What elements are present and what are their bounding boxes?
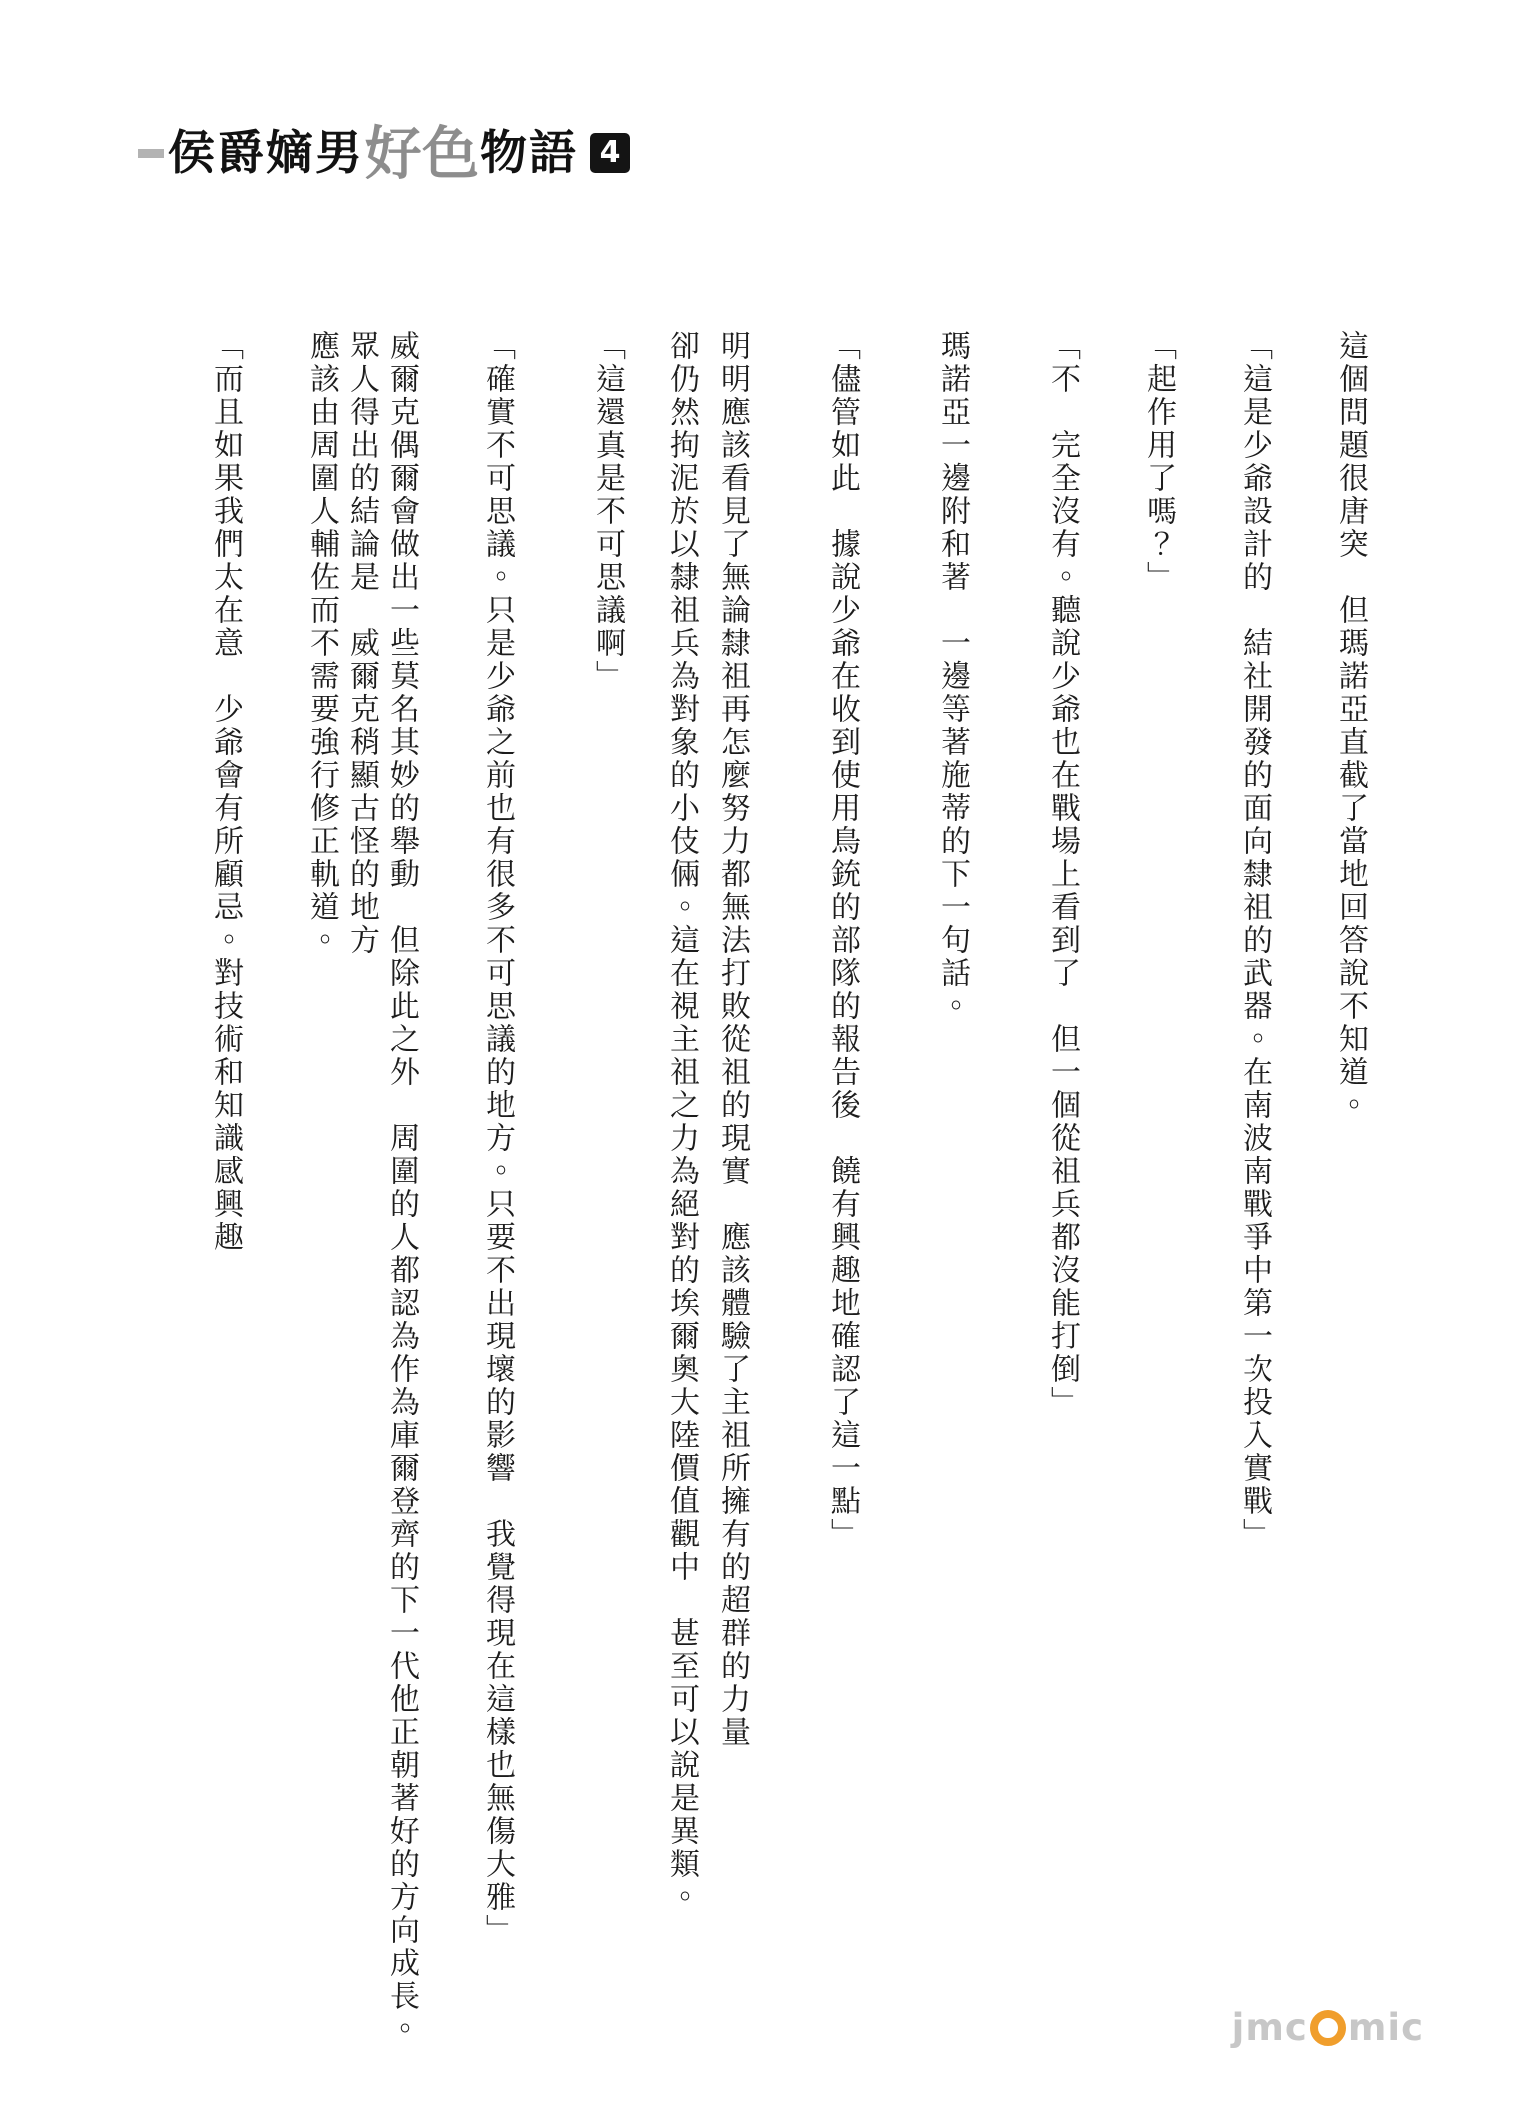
title-text-highlight: 好色 — [365, 125, 479, 182]
text-column: 「確實不可思議。只是少爺之前也有很多不可思議的地方。只要不出現壞的影響 我覺得現… — [477, 330, 517, 2060]
text-column: 「儘管如此 據說少爺在收到使用鳥銃的部隊的報告後 饒有興趣地確認了這一點」 — [822, 330, 862, 2060]
text-column: 瑪諾亞一邊附和著 一邊等著施蒂的下一句話。 — [932, 330, 972, 2060]
watermark-o-ring-icon — [1310, 2010, 1346, 2046]
text-column: 「而且如果我們太在意 少爺會有所顧忌。對技術和知識感興趣 — [205, 330, 245, 2060]
watermark-text-left: jmc — [1232, 2009, 1308, 2046]
text-column: 這個問題很唐突 但瑪諾亞直截了當地回答說不知道。 — [1330, 330, 1370, 2060]
vertical-text-block: 這個問題很唐突 但瑪諾亞直截了當地回答說不知道。 「這是少爺設計的 結社開發的面… — [205, 330, 1370, 2060]
title-text-part1: 侯爵嫡男 — [168, 130, 364, 177]
text-column: 卻仍然拘泥於以隸祖兵為對象的小伎倆。這在視主祖之力為絕對的埃爾奧大陸價值觀中 甚… — [661, 330, 701, 2060]
jmcomic-watermark: jmc mic — [1232, 2008, 1424, 2046]
text-column: 明明應該看見了無論隸祖再怎麼努力都無法打敗從祖的現實 應該體驗了主祖所擁有的超群… — [712, 330, 752, 2060]
volume-number-badge: 4 — [590, 133, 630, 173]
text-column: 應該由周圍人輔佐而不需要強行修正軌道。 — [301, 330, 341, 2060]
text-column: 「這是少爺設計的 結社開發的面向隸祖的武器。在南波南戰爭中第一次投入實戰」 — [1234, 330, 1274, 2060]
watermark-text-right: mic — [1348, 2009, 1424, 2046]
text-column: 「不 完全沒有。聽說少爺也在戰場上看到了 但一個從祖兵都沒能打倒」 — [1042, 330, 1082, 2060]
text-column: 威爾克偶爾會做出一些莫名其妙的舉動 但除此之外 周圍的人都認為作為庫爾登齊的下一… — [381, 330, 421, 2060]
text-column: 眾人得出的結論是 威爾克稍顯古怪的地方 — [341, 330, 381, 2060]
text-column: 「起作用了嗎？」 — [1138, 330, 1178, 2060]
title-dash-decoration — [138, 149, 164, 158]
title-text-part2: 物語 — [480, 130, 578, 177]
text-column: 「這還真是不可思議啊」 — [587, 330, 627, 2060]
novel-page: 侯爵嫡男 好色 物語 4 這個問題很唐突 但瑪諾亞直截了當地回答說不知道。 「這… — [0, 0, 1536, 2124]
book-title: 侯爵嫡男 好色 物語 4 — [138, 118, 630, 188]
